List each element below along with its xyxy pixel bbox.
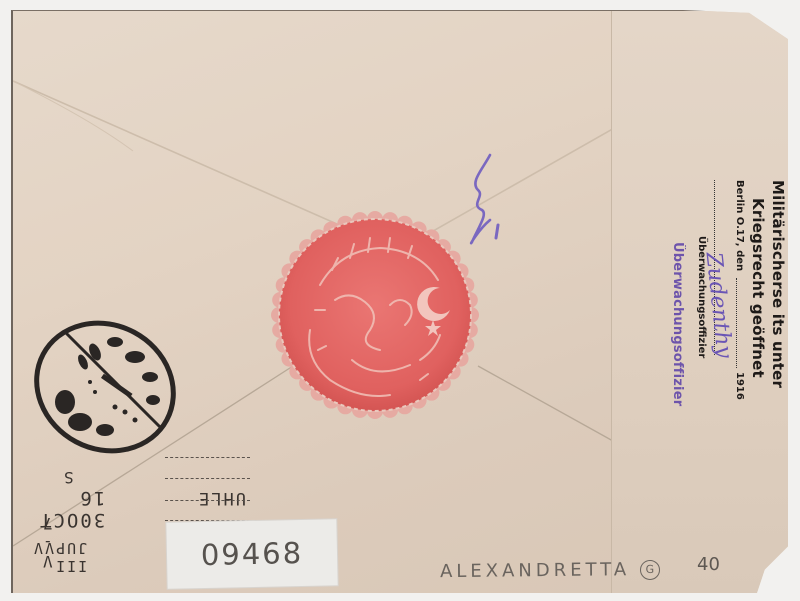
registration-number: 09468 — [167, 535, 338, 573]
ottoman-seal — [270, 210, 480, 420]
origin-text: ALEXANDRETTA — [440, 559, 630, 582]
cancel-bar — [165, 457, 250, 458]
registration-label: 09468 — [166, 519, 337, 589]
circled-grade: G — [640, 560, 660, 580]
censor-place-line: Berlin O.17, den — [734, 180, 745, 271]
pencil-origin-note: ALEXANDRETTA G — [440, 559, 660, 582]
censor-title-line1: Militärischerse its unter — [769, 180, 787, 388]
cancel-bar — [165, 500, 250, 501]
oval-postmark — [25, 312, 185, 462]
pencil-price: 40 — [697, 554, 720, 575]
censor-year: 1916 — [734, 372, 745, 400]
cancel-bar — [165, 478, 250, 479]
cancel-s: S — [58, 468, 74, 487]
cancel-town: UHLE — [197, 488, 246, 508]
cancel-bottom: III JUPVV — [32, 539, 87, 575]
officer-handstamp: Überwachungsoffizier — [670, 242, 685, 406]
censor-title-line2: Kriegsrecht geöffnet — [749, 198, 767, 378]
